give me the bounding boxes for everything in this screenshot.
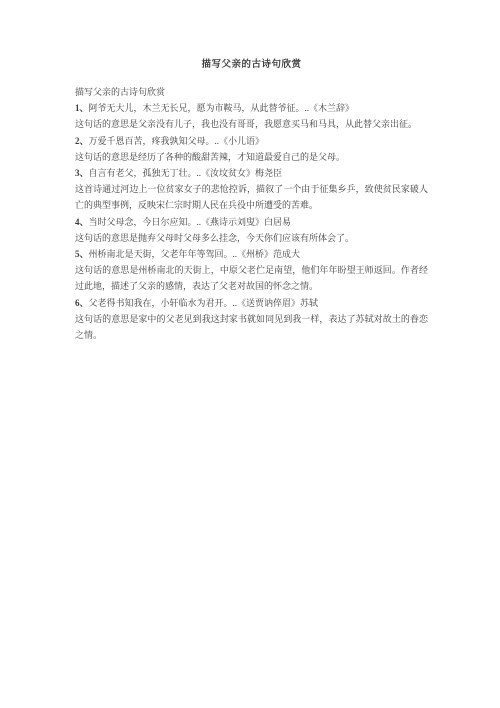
doc-paragraph-meaning: 这句话的意思是父亲没有儿子，我也没有哥哥，我愿意买马和马具，从此替父亲出征。: [75, 116, 428, 132]
doc-paragraph-quote: 5、州桥南北是天街，父老年年等驾回。..《州桥》范成大: [75, 246, 428, 262]
quote-number: 6、: [75, 298, 89, 308]
quote-text: 自言有老父，孤独无丁壮。..《汝坟贫女》梅尧臣: [89, 168, 283, 178]
paragraph-text: 这首诗通过河边上一位贫家女子的悲怆控诉，描叙了一个由于征集乡乒，致使贫民家破人亡…: [75, 184, 428, 210]
doc-paragraph-meaning: 这句话的意思是州桥南北的天街上，中原父老伫足南望，他们年年盼望王师返回。作者经过…: [75, 262, 428, 294]
document-body: 描写父亲的古诗句欣赏1、阿爷无大儿，木兰无长兄，愿为市鞍马，从此替爷征。..《木…: [75, 84, 428, 343]
doc-paragraph-quote: 6、父老得书知我在，小轩临水为君开。..《送贾讷倅眉》苏轼: [75, 295, 428, 311]
quote-number: 1、: [75, 103, 89, 113]
quote-number: 5、: [75, 249, 89, 259]
paragraph-text: 这句话的意思是州桥南北的天街上，中原父老伫足南望，他们年年盼望王师返回。作者经过…: [75, 265, 428, 291]
paragraph-text: 这句话的意思是抛弃父母时父母多么挂念，今天你们应该有所体会了。: [75, 233, 354, 243]
quote-text: 当时父母念，今日尔应知。..《燕诗示刘叟》白居易: [89, 217, 292, 227]
paragraph-text: 描写父亲的古诗句欣赏: [75, 87, 165, 97]
paragraph-text: 这句话的意思是父亲没有儿子，我也没有哥哥，我愿意买马和马具，从此替父亲出征。: [75, 119, 417, 129]
paragraph-text: 这句话的意思是家中的父老见到我这封家书就如同见到我一样，表达了苏轼对故土的眷恋之…: [75, 314, 428, 340]
quote-number: 4、: [75, 217, 89, 227]
quote-text: 万爱千恩百苦，疼我孰知父母。..《小儿语》: [89, 136, 265, 146]
quote-number: 2、: [75, 136, 89, 146]
document-page: 描写父亲的古诗句欣赏 描写父亲的古诗句欣赏1、阿爷无大儿，木兰无长兄，愿为市鞍马…: [0, 0, 500, 708]
doc-paragraph-meaning: 这句话的意思是抛弃父母时父母多么挂念，今天你们应该有所体会了。: [75, 230, 428, 246]
doc-paragraph-quote: 4、当时父母念，今日尔应知。..《燕诗示刘叟》白居易: [75, 214, 428, 230]
quote-text: 父老得书知我在，小轩临水为君开。..《送贾讷倅眉》苏轼: [89, 298, 319, 308]
quote-text: 州桥南北是天街，父老年年等驾回。..《州桥》范成大: [89, 249, 301, 259]
doc-paragraph-meaning: 这句话的意思是家中的父老见到我这封家书就如同见到我一样，表达了苏轼对故土的眷恋之…: [75, 311, 428, 343]
paragraph-text: 这句话的意思是经历了各种的酸甜苦辣，才知道最爱自己的是父母。: [75, 152, 345, 162]
doc-paragraph-quote: 2、万爱千恩百苦，疼我孰知父母。..《小儿语》: [75, 133, 428, 149]
quote-number: 3、: [75, 168, 89, 178]
doc-paragraph-meaning: 这首诗通过河边上一位贫家女子的悲怆控诉，描叙了一个由于征集乡乒，致使贫民家破人亡…: [75, 181, 428, 213]
doc-paragraph-meaning: 这句话的意思是经历了各种的酸甜苦辣，才知道最爱自己的是父母。: [75, 149, 428, 165]
doc-paragraph-quote: 1、阿爷无大儿，木兰无长兄，愿为市鞍马，从此替爷征。..《木兰辞》: [75, 100, 428, 116]
doc-paragraph-quote: 3、自言有老父，孤独无丁壮。..《汝坟贫女》梅尧臣: [75, 165, 428, 181]
doc-paragraph-subtitle: 描写父亲的古诗句欣赏: [75, 84, 428, 100]
document-title: 描写父亲的古诗句欣赏: [75, 58, 428, 72]
quote-text: 阿爷无大儿，木兰无长兄，愿为市鞍马，从此替爷征。..《木兰辞》: [89, 103, 355, 113]
